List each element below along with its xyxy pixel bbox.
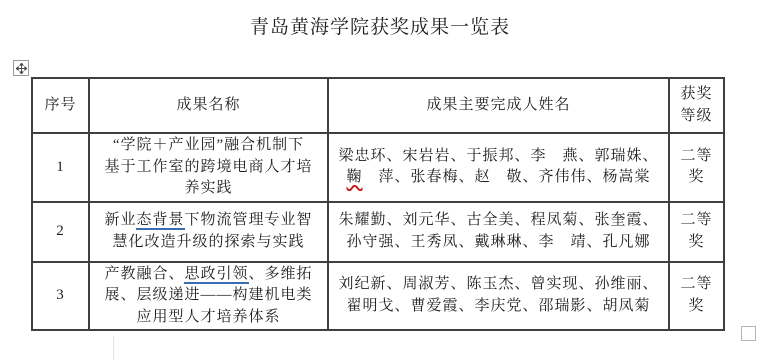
page-title[interactable]: 青岛黄海学院获奖成果一览表 xyxy=(0,12,760,39)
cell-row3-award[interactable]: 二等奖 xyxy=(669,262,724,331)
cell-row3-no[interactable]: 3 xyxy=(32,262,89,331)
cell-row3-people[interactable]: 刘纪新、周淑芳、陈玉杰、曾实现、孙维丽、翟明戈、曹爱霞、李庆党、邵瑞影、胡凤菊 xyxy=(328,262,669,331)
move-icon xyxy=(16,63,27,74)
header-name[interactable]: 成果名称 xyxy=(89,78,328,133)
cell-row1-people[interactable]: 梁忠环、宋岩岩、于振邦、李 燕、郭瑞姝、鞠 萍、张春梅、赵 敬、齐伟伟、杨嵩棠 xyxy=(328,133,669,202)
next-table-border-fragment xyxy=(113,336,114,360)
cell-row1-name[interactable]: “学院＋产业园”融合机制下基于工作室的跨境电商人才培养实践 xyxy=(89,133,328,202)
awards-table: 序号 成果名称 成果主要完成人姓名 获奖等级 1 “学院＋产业园”融合机制下基于… xyxy=(31,77,725,331)
cell-row2-people[interactable]: 朱耀勤、刘元华、古全美、程凤菊、张奎霞、孙守强、王秀凤、戴琳琳、李 靖、孔凡娜 xyxy=(328,202,669,262)
cell-row3-name[interactable]: 产教融合、思政引领、多维拓展、层级递进——构建机电类应用型人才培养体系 xyxy=(89,262,328,331)
cell-row1-award[interactable]: 二等奖 xyxy=(669,133,724,202)
table-header-row: 序号 成果名称 成果主要完成人姓名 获奖等级 xyxy=(32,78,724,133)
header-people[interactable]: 成果主要完成人姓名 xyxy=(328,78,669,133)
header-award[interactable]: 获奖等级 xyxy=(669,78,724,133)
table-row-1: 1 “学院＋产业园”融合机制下基于工作室的跨境电商人才培养实践 梁忠环、宋岩岩、… xyxy=(32,133,724,202)
table-move-handle[interactable] xyxy=(13,60,29,76)
cell-row2-no[interactable]: 2 xyxy=(32,202,89,262)
table-resize-handle[interactable] xyxy=(741,326,756,341)
header-no[interactable]: 序号 xyxy=(32,78,89,133)
document-page: 青岛黄海学院获奖成果一览表 序号 成果名称 成果主要完成人姓名 获奖等 xyxy=(0,0,760,363)
cell-row2-award[interactable]: 二等奖 xyxy=(669,202,724,262)
cell-row1-no[interactable]: 1 xyxy=(32,133,89,202)
cell-row2-name[interactable]: 新业态背景下物流管理专业智慧化改造升级的探索与实践 xyxy=(89,202,328,262)
table-row-3: 3 产教融合、思政引领、多维拓展、层级递进——构建机电类应用型人才培养体系 刘纪… xyxy=(32,262,724,331)
table-row-2: 2 新业态背景下物流管理专业智慧化改造升级的探索与实践 朱耀勤、刘元华、古全美、… xyxy=(32,202,724,262)
